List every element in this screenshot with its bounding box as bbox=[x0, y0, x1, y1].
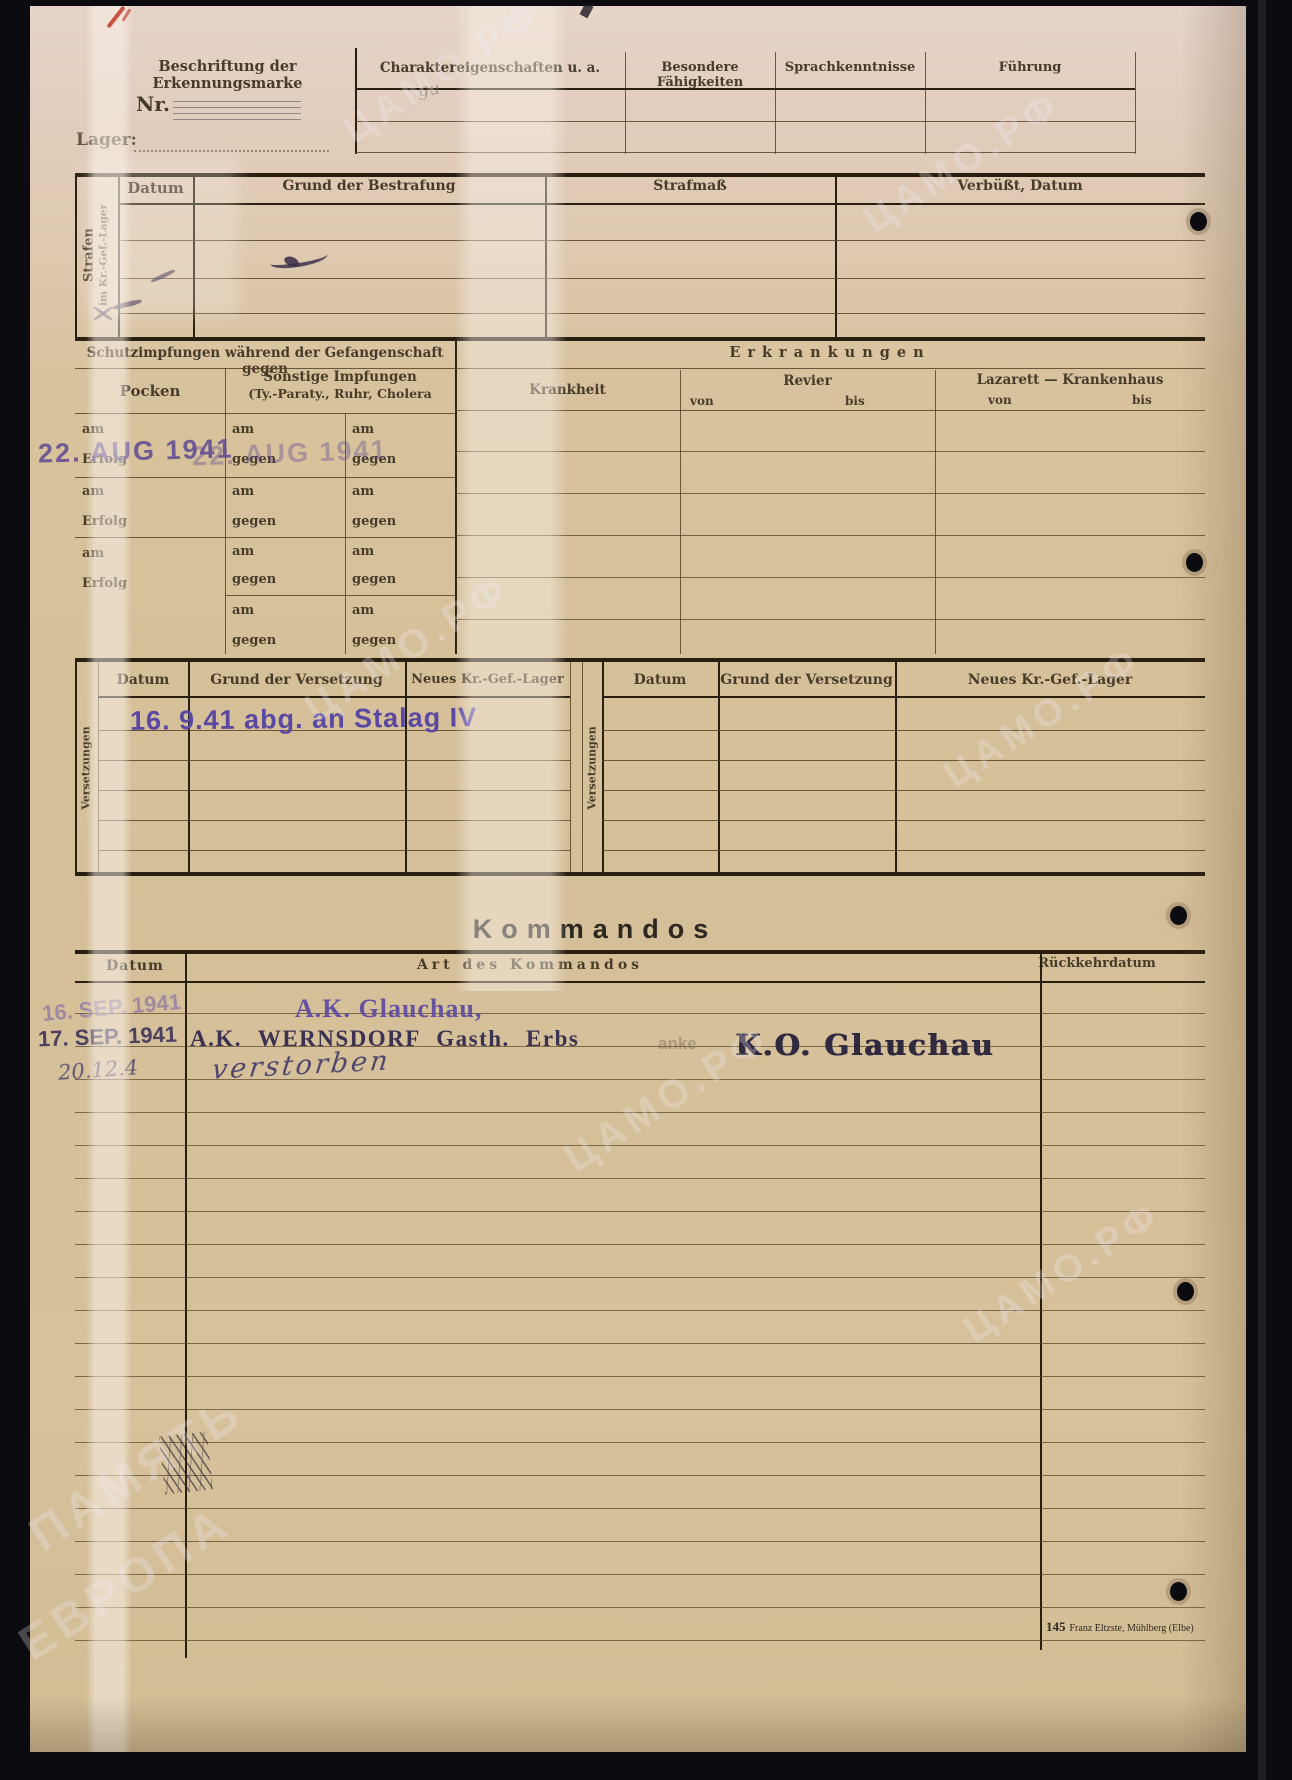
impf-sonstB-am-3: am bbox=[352, 544, 374, 559]
impf-pocken-line-1 bbox=[75, 477, 225, 478]
printer-imprint-publisher: Franz Eltzste, Mühlberg (Elbe) bbox=[1070, 1623, 1194, 1634]
vers-left-right-border bbox=[570, 662, 571, 874]
strafen-col-grund: Grund der Bestrafung bbox=[193, 178, 545, 194]
strafen-bottom-border bbox=[75, 337, 1205, 341]
kommando-row2-stamp: K.O. Glauchau bbox=[735, 1028, 994, 1062]
vers-right-row-5 bbox=[602, 850, 1205, 851]
lager-label: Lager: bbox=[76, 130, 137, 150]
vers-right-row-3 bbox=[602, 790, 1205, 791]
erkrankungen-col-revier: Revier bbox=[680, 373, 935, 389]
impf-pocken-am-3: am bbox=[82, 546, 104, 561]
punch-hole bbox=[1170, 906, 1187, 925]
strafen-col-strafmass: Strafmaß bbox=[545, 178, 835, 194]
archive-watermark: ЦАМО.РФ bbox=[857, 83, 1070, 242]
dark-edge-mark bbox=[579, 3, 593, 19]
strafen-top-border bbox=[75, 173, 1205, 177]
impfungen-col-sonstige-line1: Sonstige Impfungen bbox=[225, 369, 455, 386]
traits-col-abilities: Besondere Fähigkeiten bbox=[625, 60, 775, 90]
impf-sonstB-am-2: am bbox=[352, 484, 374, 499]
vers-right-row-2 bbox=[602, 760, 1205, 761]
impf-sonstA-am-3: am bbox=[232, 544, 254, 559]
traits-col-conduct: Führung bbox=[925, 60, 1135, 75]
transfer-stamp: 16. 9.41 abg. an Stalag IV bbox=[130, 702, 477, 737]
impfungen-divider-pocken bbox=[225, 368, 226, 654]
strafen-side-label-line1: Strafen bbox=[83, 204, 98, 306]
impf-sonstA-am-2: am bbox=[232, 484, 254, 499]
impf-sonst-line-1 bbox=[225, 477, 455, 478]
impfungen-col-sonstige: Sonstige Impfungen (Ty.-Paraty., Ruhr, C… bbox=[225, 369, 455, 402]
vers-left-row-5 bbox=[98, 850, 570, 851]
printer-imprint-number: 145 bbox=[1046, 1619, 1066, 1634]
strafen-row-line-2 bbox=[118, 278, 1205, 279]
kommandos-title: Kommandos bbox=[380, 914, 810, 945]
impf-pocken-am-1: am bbox=[82, 422, 104, 437]
tag-number-label: Nr. bbox=[136, 92, 170, 116]
erkrankungen-lazarett-bis: bis bbox=[1132, 393, 1152, 407]
impf-sonst-line-2 bbox=[225, 537, 455, 538]
vers-right-row-1 bbox=[602, 730, 1205, 731]
punch-hole bbox=[1170, 1582, 1187, 1601]
punch-hole bbox=[1177, 1282, 1194, 1301]
impf-pocken-am-2: am bbox=[82, 484, 104, 499]
kommandos-separator bbox=[75, 872, 1205, 876]
kommando-row2-entry-faint: anke bbox=[658, 1034, 697, 1054]
vers-left-divider-datum bbox=[188, 662, 190, 874]
ink-smudge bbox=[112, 298, 142, 310]
vers-left-side-label-text: Versetzungen bbox=[80, 726, 93, 810]
kommandos-col-datum: Datum bbox=[85, 958, 185, 974]
vers-left-row-2 bbox=[98, 760, 570, 761]
lager-dotted-line bbox=[134, 134, 329, 152]
traits-row-line-2 bbox=[355, 152, 1135, 153]
pow-record-card-back: Beschriftung der Erkennungsmarke Nr. Lag… bbox=[30, 6, 1246, 1752]
vers-right-sidecell-divider bbox=[602, 662, 604, 874]
vers-left-col-neues: Neues Kr.-Gef.-Lager bbox=[405, 672, 570, 687]
erkrankungen-title: Erkrankungen bbox=[455, 344, 1205, 361]
punch-hole bbox=[1190, 212, 1207, 231]
vers-left-row-4 bbox=[98, 820, 570, 821]
impf-sonstA-am-4: am bbox=[232, 603, 254, 618]
vers-right-divider-grund bbox=[895, 662, 897, 874]
erkrankungen-lazarett-von: von bbox=[988, 393, 1012, 407]
id-block-title: Beschriftung der Erkennungsmarke bbox=[105, 58, 350, 92]
vers-right-header-underline bbox=[602, 696, 1205, 698]
impf-sonstA-am-1: am bbox=[232, 422, 254, 437]
strafen-row-line-3 bbox=[118, 313, 1205, 314]
impf-sonstA-gegen-4: gegen bbox=[232, 633, 276, 648]
archive-watermark: ЦАМО.РФ bbox=[337, 0, 550, 152]
strafen-col-verbuesst: Verbüßt, Datum bbox=[835, 178, 1205, 194]
strafen-row-line-1 bbox=[118, 240, 1205, 241]
kommando-row1-entry: A.K. Glauchau, bbox=[295, 994, 482, 1024]
erkrankungen-col-lazarett: Lazarett — Krankenhaus bbox=[935, 372, 1205, 388]
erkrankungen-col-krankheit: Krankheit bbox=[455, 382, 680, 398]
kommandos-col-art: Art des Kommandos bbox=[330, 957, 730, 973]
ink-smudge bbox=[150, 269, 175, 284]
vers-left-header-underline bbox=[98, 696, 570, 698]
kommandos-top-border bbox=[75, 950, 1205, 954]
vers-left-sidecell-divider bbox=[98, 662, 99, 874]
vers-left-outer-border bbox=[75, 662, 77, 874]
traits-col-languages: Sprachkenntnisse bbox=[775, 60, 925, 75]
impf-sonstB-gegen-4: gegen bbox=[352, 633, 396, 648]
impf-erkr-bottom-border bbox=[75, 658, 1205, 662]
strafen-header-underline bbox=[118, 203, 1205, 205]
impf-sonstB-am-4: am bbox=[352, 603, 374, 618]
impf-sonstA-gegen-2: gegen bbox=[232, 514, 276, 529]
scan-shadow-bottom bbox=[30, 1696, 1246, 1752]
vers-right-col-datum: Datum bbox=[602, 672, 718, 688]
ink-smudge bbox=[269, 248, 329, 271]
vers-right-row-4 bbox=[602, 820, 1205, 821]
erkrankungen-title-underline bbox=[455, 368, 1205, 369]
scan-edge-streak bbox=[1258, 0, 1266, 1780]
vers-left-divider-grund bbox=[405, 662, 407, 874]
tag-number-ruled-lines bbox=[173, 96, 301, 122]
impf-sonstA-gegen-3: gegen bbox=[232, 572, 276, 587]
impf-pocken-line-2 bbox=[75, 537, 225, 538]
impf-sonstB-gegen-2: gegen bbox=[352, 514, 396, 529]
traits-right-border bbox=[1135, 52, 1136, 154]
erkrankungen-revier-von: von bbox=[690, 394, 714, 408]
punch-hole bbox=[1186, 553, 1203, 572]
impfungen-subheader-underline bbox=[75, 413, 455, 414]
traits-col-character: Charaktereigenschaften u. a. bbox=[355, 60, 625, 76]
vers-right-col-neues: Neues Kr.-Gef.-Lager bbox=[895, 672, 1205, 688]
pencil-note: gu bbox=[417, 79, 441, 102]
impf-pocken-erfolg-3: Erfolg bbox=[82, 576, 127, 591]
vers-right-side-label-text: Versetzungen bbox=[586, 726, 599, 810]
impf-pocken-erfolg-2: Erfolg bbox=[82, 514, 127, 529]
vers-left-col-grund: Grund der Versetzung bbox=[188, 672, 405, 688]
impf-sonstB-gegen-3: gegen bbox=[352, 572, 396, 587]
kommando-row2-date: 17. SEP. 1941 bbox=[38, 1022, 178, 1053]
impf-sonst-line-3 bbox=[225, 595, 455, 596]
strafen-col-datum: Datum bbox=[118, 179, 193, 197]
strafen-left-border bbox=[75, 173, 77, 337]
traits-row-line-1 bbox=[355, 121, 1135, 122]
vers-left-row-3 bbox=[98, 790, 570, 791]
vers-right-col-grund: Grund der Versetzung bbox=[718, 672, 895, 688]
ink-scribble bbox=[159, 1432, 213, 1495]
erkrankungen-revier-bis: bis bbox=[845, 394, 865, 408]
vers-right-outer-border bbox=[582, 662, 583, 874]
strafen-side-label-line2: im Kr.-Gef.-Lager bbox=[97, 204, 109, 306]
printer-imprint: 145 Franz Eltzste, Mühlberg (Elbe) bbox=[1046, 1618, 1194, 1636]
vers-right-divider-datum bbox=[718, 662, 720, 874]
impfungen-col-pocken: Pocken bbox=[75, 382, 225, 400]
impfungen-col-sonstige-line2: (Ty.-Paraty., Ruhr, Cholera bbox=[225, 386, 455, 402]
vers-left-col-datum: Datum bbox=[98, 672, 188, 688]
erkrankungen-ruled-rows bbox=[455, 410, 1205, 654]
